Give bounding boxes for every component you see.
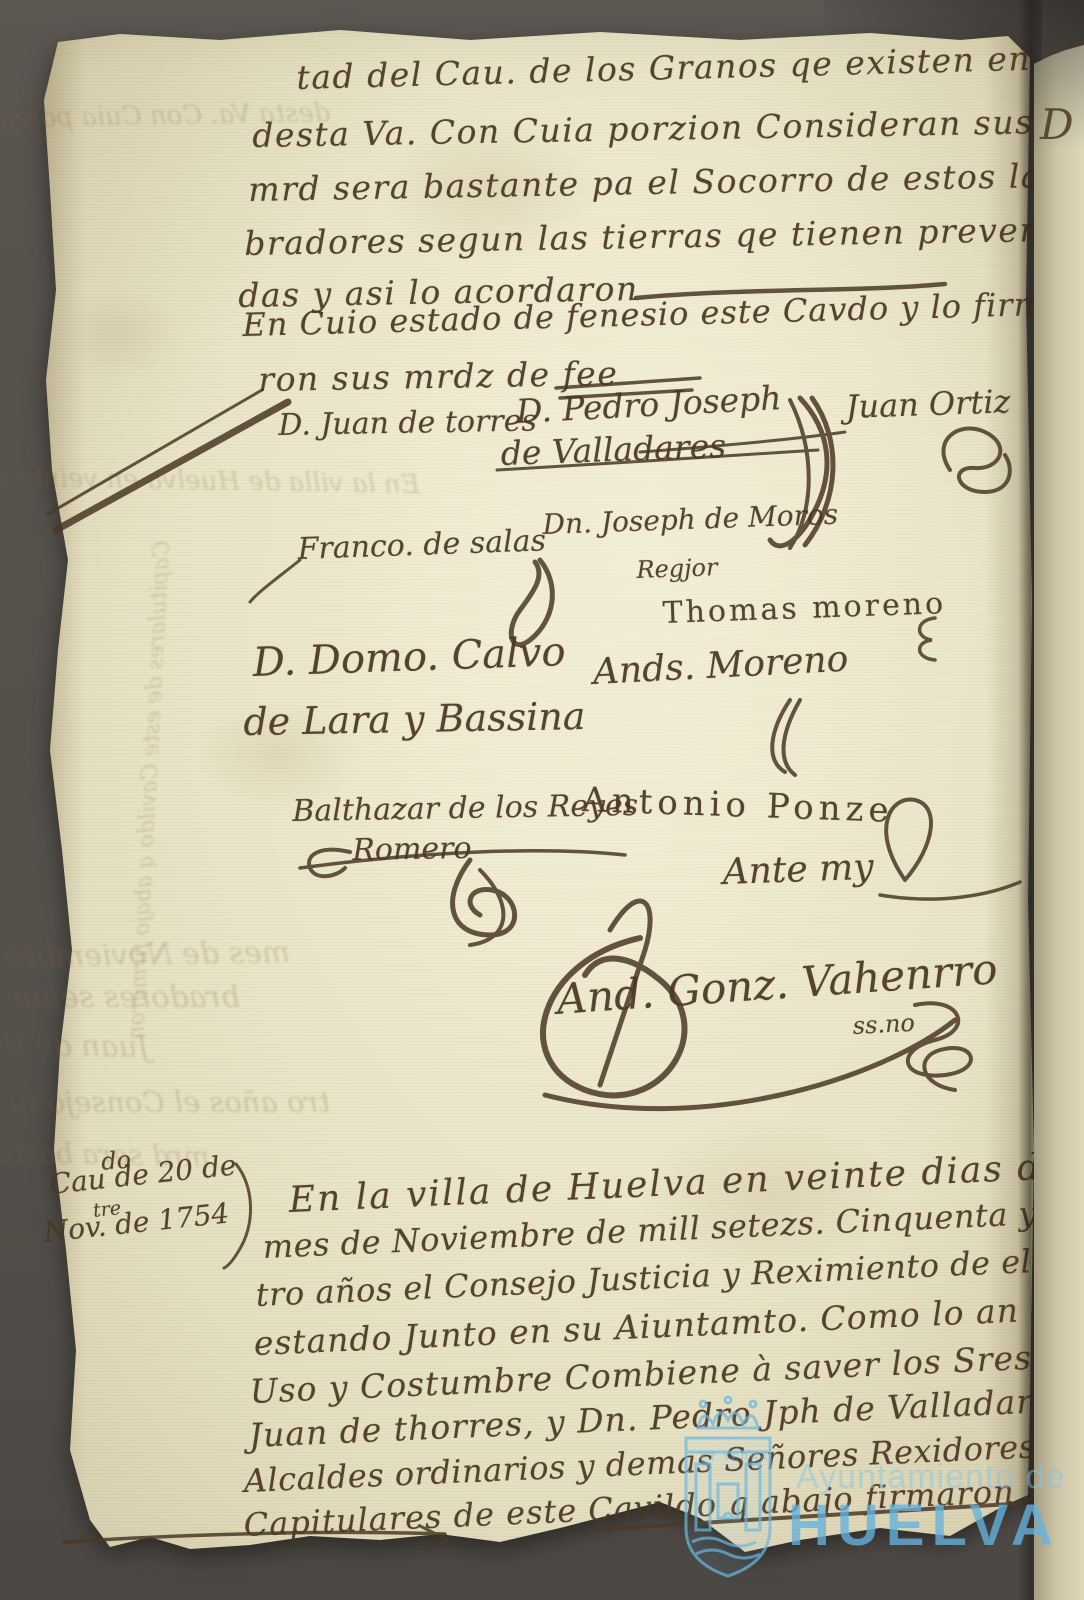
- signature-romero: Romero: [352, 831, 472, 868]
- signature-juan-de-torres: D. Juan de torres: [278, 403, 537, 443]
- manuscript-scan: desta Va. Con Cuia porzion Consideran su…: [0, 0, 1084, 1600]
- next-folio-text: D: [1040, 100, 1074, 149]
- next-folio-edge: D: [1034, 0, 1084, 1600]
- bleedthrough-text: tro años el Consejo Justicia y Reximient…: [0, 1085, 330, 1119]
- signature-de-lara: de Lara y Bassina: [243, 694, 586, 744]
- paper-stain: [60, 290, 180, 380]
- signature-escribano-abbrev: ss.no: [852, 1009, 916, 1040]
- signature-juan-ortiz: Juan Ortiz: [845, 382, 1011, 426]
- signature-valladares: de Valladares: [500, 426, 727, 473]
- signature-regidor-abbrev: Regjor: [636, 553, 718, 584]
- bleedthrough-text: bradores segun las tierras qe tienen pre…: [0, 980, 240, 1015]
- page-edge-shading: [40, 30, 86, 1550]
- signature-ante-my: Ante my: [722, 847, 874, 893]
